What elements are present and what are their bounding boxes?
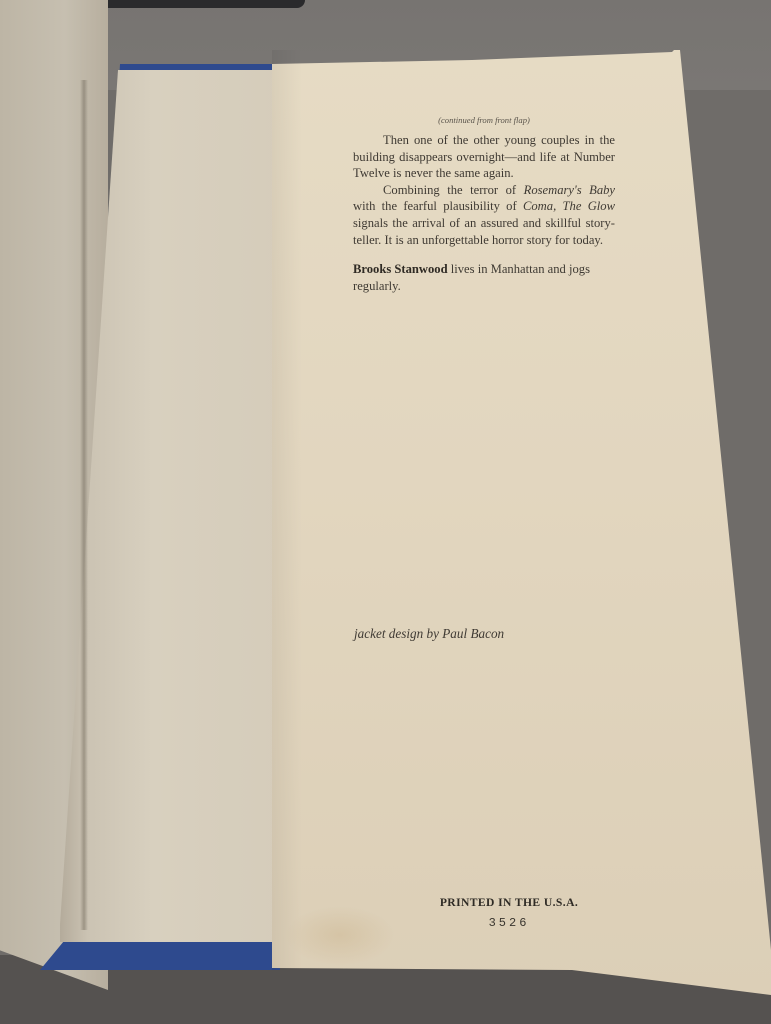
jacket-design-credit: jacket design by Paul Bacon xyxy=(354,626,504,642)
flap-edge-shadow xyxy=(272,50,302,970)
synopsis-text: with the fearful plausibil­ity of xyxy=(353,199,523,213)
book-gutter xyxy=(80,80,88,930)
continued-note: (continued from front flap) xyxy=(353,114,615,126)
synopsis-text: Then one of the other young cou­ples in … xyxy=(353,133,615,180)
synopsis-paragraph-1: Then one of the other young cou­ples in … xyxy=(353,132,615,182)
synopsis-text: signals the arrival of an assured and sk… xyxy=(353,216,615,247)
paper-stain xyxy=(285,905,395,965)
synopsis-paragraph-2: Combining the terror of Rose­mary's Baby… xyxy=(353,182,615,248)
book-title-reference: Rose­mary's Baby xyxy=(524,183,615,197)
printed-notice: PRINTED IN THE U.S.A. xyxy=(426,896,592,909)
author-name: Brooks Stanwood xyxy=(353,262,448,276)
dark-object-edge xyxy=(105,0,305,8)
photo-scene: (continued from front flap) Then one of … xyxy=(0,0,771,1024)
book-title-reference: Coma, The Glow xyxy=(523,199,615,213)
synopsis-text: Combining the terror of xyxy=(383,183,524,197)
author-bio: Brooks Stanwood lives in Manhattan and j… xyxy=(353,261,615,294)
flap-copy: (continued from front flap) Then one of … xyxy=(353,114,615,294)
catalog-code: 3526 xyxy=(426,916,592,930)
